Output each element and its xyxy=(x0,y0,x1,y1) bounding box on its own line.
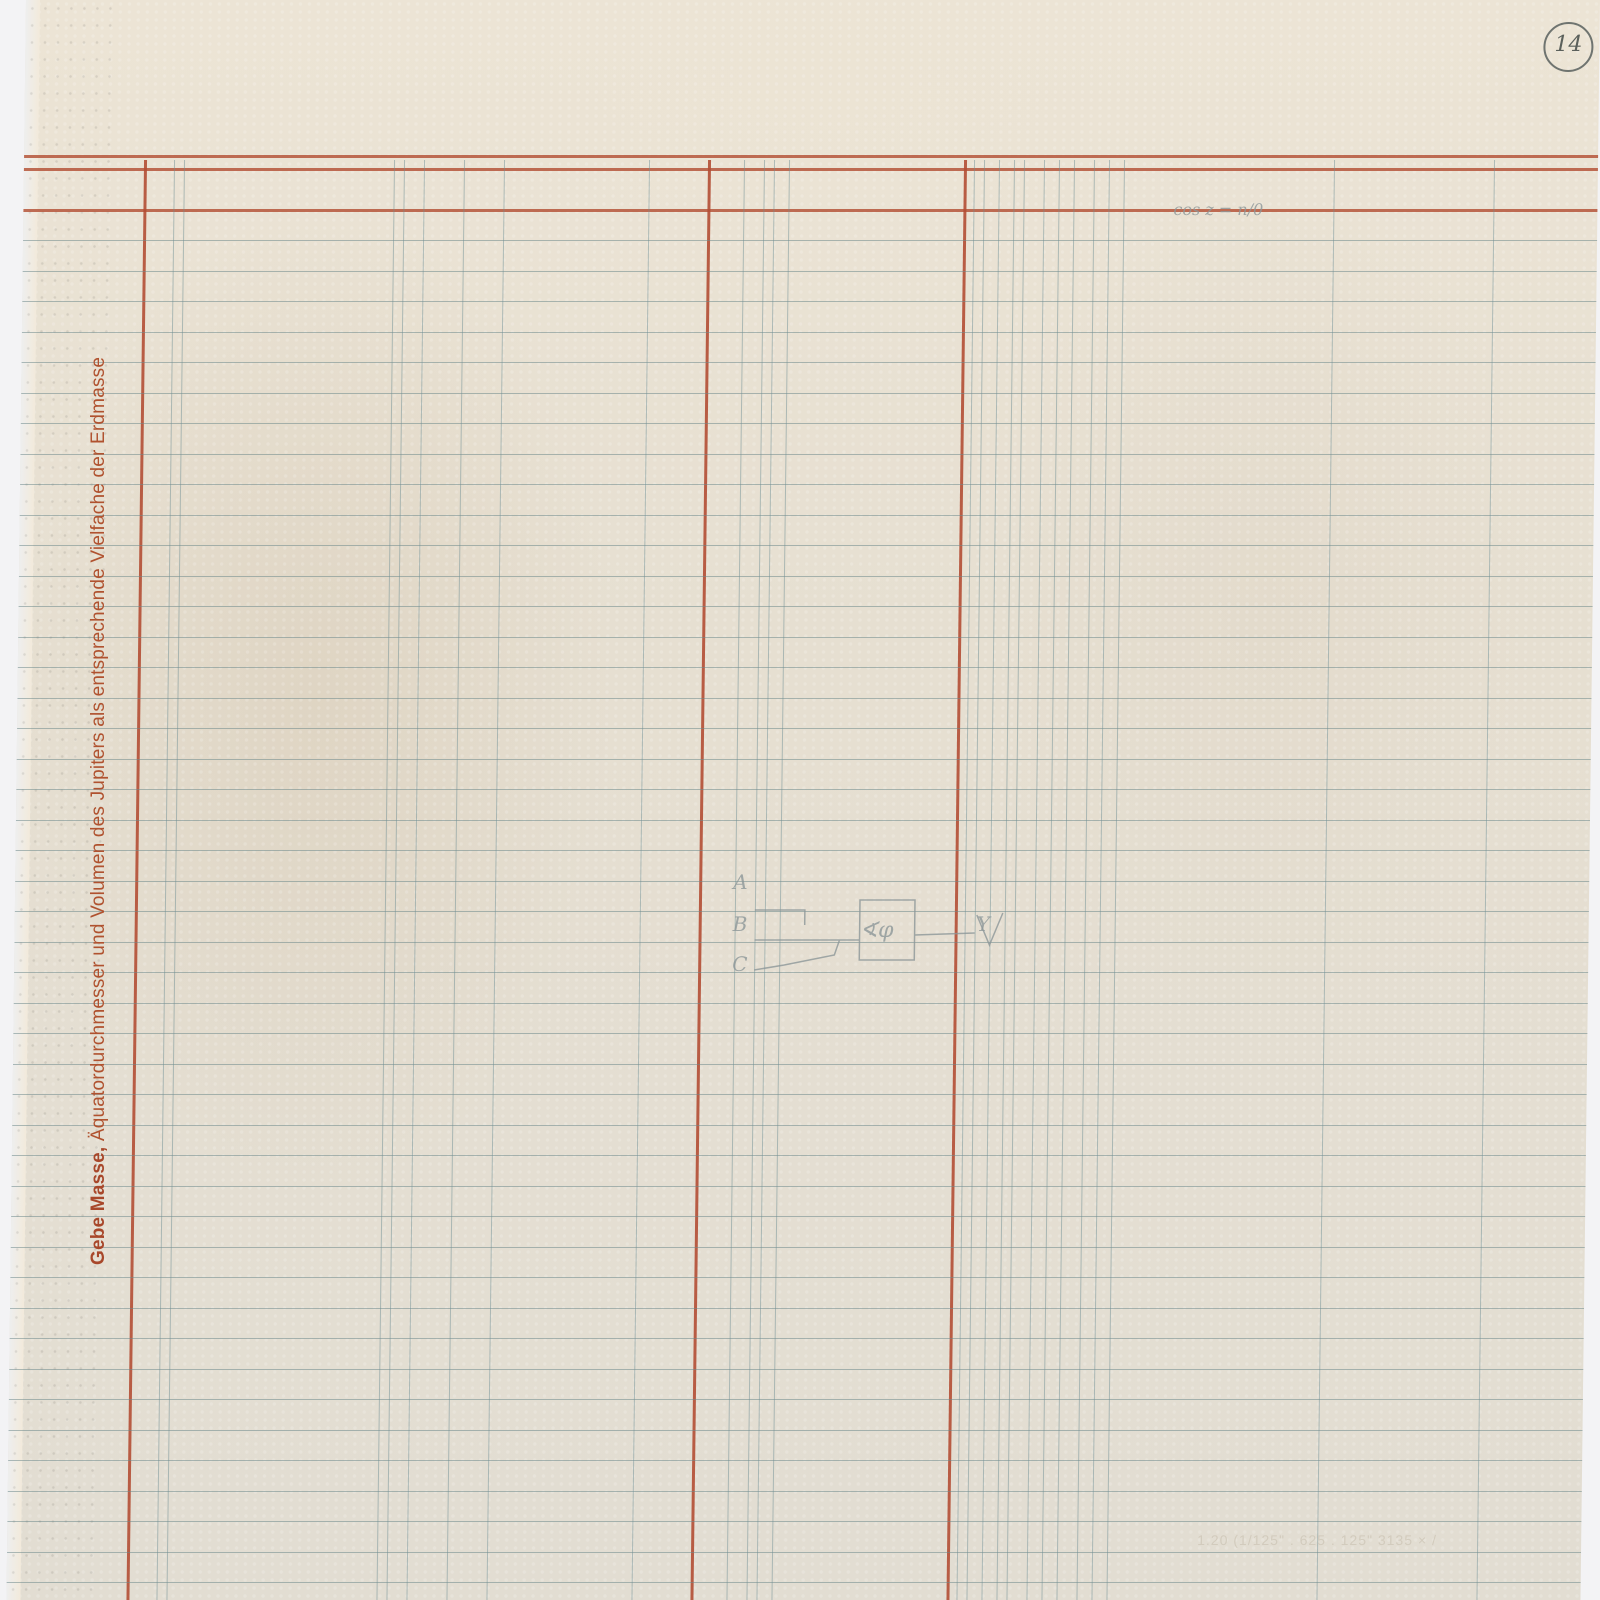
grid-column-line xyxy=(746,160,765,1600)
grid-column-line xyxy=(1026,160,1045,1600)
grid-row-line xyxy=(22,301,1596,302)
grid-row-line xyxy=(12,1155,1586,1156)
grid-row-line xyxy=(11,1186,1585,1187)
sketch-label-b: B xyxy=(733,912,748,936)
sketch-symbol: ∢φ xyxy=(859,918,893,943)
grid-row-line xyxy=(21,423,1595,424)
red-rule-top-1 xyxy=(24,155,1598,158)
grid-column-line xyxy=(1316,160,1335,1600)
caption-bold: Gebe Masse, xyxy=(88,1147,109,1265)
sketch-label-a: A xyxy=(733,870,748,894)
red-rule-header xyxy=(23,209,1597,212)
grid-row-line xyxy=(11,1216,1585,1217)
grid-column-line xyxy=(756,160,775,1600)
vertical-caption: Gebe Masse, Äquatordurchmesser und Volum… xyxy=(88,357,110,1265)
sketch-output: Y xyxy=(977,912,990,936)
grid-row-line xyxy=(23,271,1597,272)
grid-row-line xyxy=(7,1521,1581,1522)
grid-column-line xyxy=(1476,160,1495,1600)
grid-column-line xyxy=(486,160,505,1600)
grid-column-line xyxy=(1041,160,1060,1600)
grid-row-line xyxy=(13,1033,1587,1034)
grid-row-line xyxy=(13,1094,1587,1095)
grid-row-line xyxy=(22,332,1596,333)
grid-row-line xyxy=(23,240,1597,241)
grid-row-line xyxy=(17,698,1591,699)
caption-rest: Äquatordurchmesser und Volumen des Jupit… xyxy=(88,357,109,1147)
grid-row-line xyxy=(15,881,1589,882)
grid-row-line xyxy=(14,1003,1588,1004)
grid-row-line xyxy=(22,362,1596,363)
grid-column-line xyxy=(966,160,985,1600)
grid-row-line xyxy=(12,1125,1586,1126)
red-divider-3 xyxy=(946,160,967,1600)
red-rule-top-2 xyxy=(24,168,1598,171)
grid-column-line xyxy=(631,160,650,1600)
red-divider-1 xyxy=(126,160,147,1600)
grid-row-line xyxy=(7,1552,1581,1553)
grid-column-line xyxy=(1056,160,1075,1600)
grid-column-line xyxy=(1106,160,1125,1600)
grid-column-line xyxy=(166,160,185,1600)
grid-row-line xyxy=(9,1399,1583,1400)
footer-print-code: 1.20 (1/125" . 625 . 125" 3135 × / xyxy=(1197,1532,1437,1548)
sketch-label-c: C xyxy=(732,952,748,976)
ledger-sheet: A B C ∢φ Y cos z = n/0 14 1.20 (1/125" .… xyxy=(6,0,1600,1600)
grid-row-line xyxy=(17,728,1591,729)
grid-row-line xyxy=(19,606,1593,607)
grid-column-line xyxy=(981,160,1000,1600)
grid-column-line xyxy=(386,160,405,1600)
grid-column-line xyxy=(376,160,395,1600)
grid-row-line xyxy=(7,1582,1581,1583)
grid-row-line xyxy=(19,545,1593,546)
grid-row-line xyxy=(10,1277,1584,1278)
grid-column-line xyxy=(446,160,465,1600)
grid-column-line xyxy=(996,160,1015,1600)
grid-column-line xyxy=(771,160,790,1600)
grid-column-line xyxy=(1006,160,1025,1600)
grid-row-line xyxy=(20,484,1594,485)
grid-row-line xyxy=(16,789,1590,790)
grid-row-line xyxy=(20,515,1594,516)
grid-column-line xyxy=(156,160,175,1600)
grid-row-line xyxy=(18,667,1592,668)
grid-row-line xyxy=(16,820,1590,821)
grid-row-line xyxy=(9,1369,1583,1370)
grid-column-line xyxy=(956,160,975,1600)
grid-row-line xyxy=(8,1491,1582,1492)
grid-row-line xyxy=(20,454,1594,455)
grid-row-line xyxy=(17,759,1591,760)
grid-row-line xyxy=(8,1460,1582,1461)
red-divider-2 xyxy=(690,160,711,1600)
grid-row-line xyxy=(21,393,1595,394)
page-number: 14 xyxy=(1543,22,1594,72)
grid-row-line xyxy=(10,1308,1584,1309)
grid-column-line xyxy=(1076,160,1095,1600)
grid-row-line xyxy=(19,576,1593,577)
grid-row-line xyxy=(9,1430,1583,1431)
grid-row-line xyxy=(16,850,1590,851)
grid-row-line xyxy=(13,1064,1587,1065)
grid-row-line xyxy=(18,637,1592,638)
grid-row-line xyxy=(10,1338,1584,1339)
grid-column-line xyxy=(1091,160,1110,1600)
grid-row-line xyxy=(11,1247,1585,1248)
grid-column-line xyxy=(406,160,425,1600)
pencil-formula: cos z = n/0 xyxy=(1173,200,1263,219)
